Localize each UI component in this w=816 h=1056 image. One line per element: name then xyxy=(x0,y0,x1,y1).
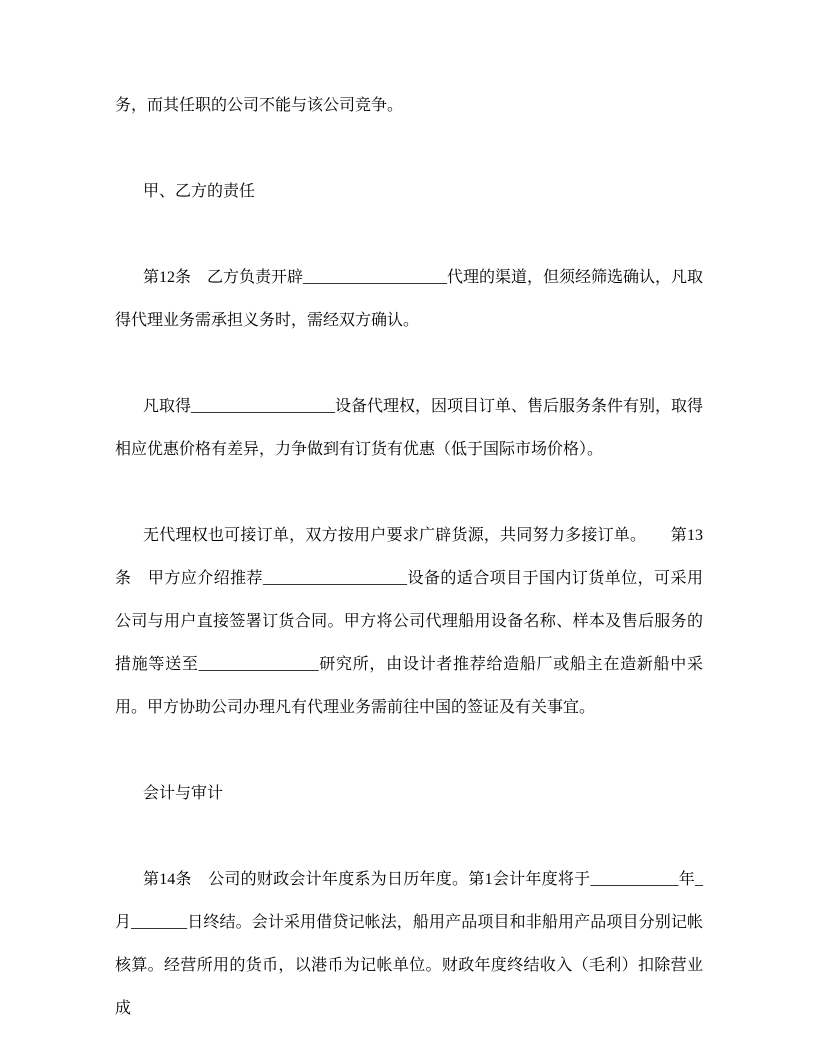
section-heading-responsibilities: 甲、乙方的责任 xyxy=(115,170,703,213)
clause-agency-rights: 凡取得__________________设备代理权，因项目订单、售后服务条件有… xyxy=(115,385,703,471)
clause-article-13: 无代理权也可接订单，双方按用户要求广辟货源，共同努力多接订单。 第13条 甲方应… xyxy=(115,514,703,729)
document-page: 务，而其任职的公司不能与该公司竞争。 甲、乙方的责任 第12条 乙方负责开辟__… xyxy=(0,0,816,1056)
clause-article-12: 第12条 乙方负责开辟__________________代理的渠道，但须经筛选… xyxy=(115,256,703,342)
paragraph-continuation: 务，而其任职的公司不能与该公司竞争。 xyxy=(115,84,703,127)
section-heading-accounting-audit: 会计与审计 xyxy=(115,772,703,815)
clause-article-14: 第14条 公司的财政会计年度系为日历年度。第1会计年度将于___________… xyxy=(115,858,703,1030)
